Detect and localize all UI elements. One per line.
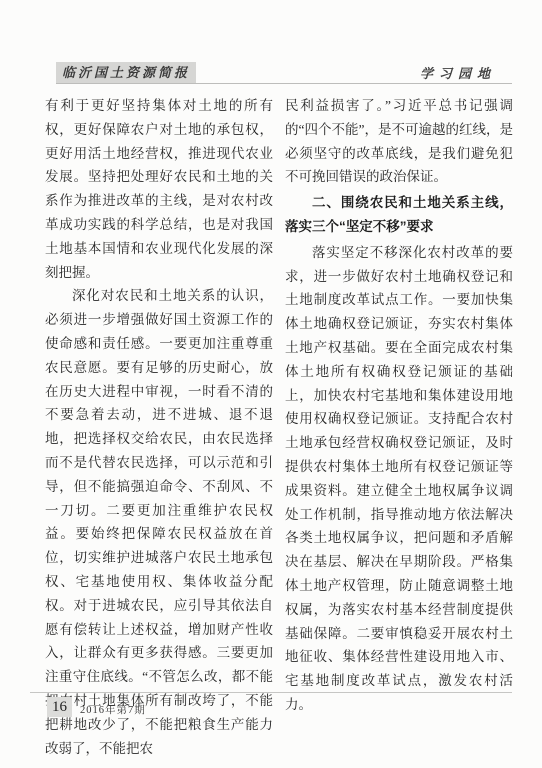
section-heading: 二、围绕农民和土地关系主线，落实三个“坚定不移”要求 xyxy=(285,191,513,239)
page-number: 16 xyxy=(47,697,72,717)
paragraph: 落实坚定不移深化农村改革的要求，进一步做好农村土地确权登记和土地制度改革试点工作… xyxy=(285,241,513,717)
masthead-title: 临沂国土资源简报 xyxy=(56,62,196,83)
paragraph-continuation: 有利于更好坚持集体对土地的所有权，更好保障农户对土地的承包权，更好用活土地经营权… xyxy=(45,94,273,284)
right-column: 民利益损害了。”习近平总书记强调的“四个不能”，是不可逾越的红线，是必须坚守的改… xyxy=(285,94,513,760)
left-column: 有利于更好坚持集体对土地的所有权，更好保障农户对土地的承包权，更好用活土地经营权… xyxy=(45,94,273,760)
paragraph: 深化对农民和土地关系的认识，必须进一步增强做好国土资源工作的使命感和责任感。一要… xyxy=(45,284,273,760)
paragraph-continuation: 民利益损害了。”习近平总书记强调的“四个不能”，是不可逾越的红线，是必须坚守的改… xyxy=(285,94,513,189)
footer-divider xyxy=(30,692,512,693)
issue-label: 2016年第7期 xyxy=(80,702,146,717)
text-columns: 有利于更好坚持集体对土地的所有权，更好保障农户对土地的承包权，更好用活土地经营权… xyxy=(45,94,513,760)
section-label: 学习园地 xyxy=(420,63,496,82)
magazine-page: 临沂国土资源简报 学习园地 有利于更好坚持集体对土地的所有权，更好保障农户对土地… xyxy=(0,0,542,768)
header-divider xyxy=(56,83,512,84)
